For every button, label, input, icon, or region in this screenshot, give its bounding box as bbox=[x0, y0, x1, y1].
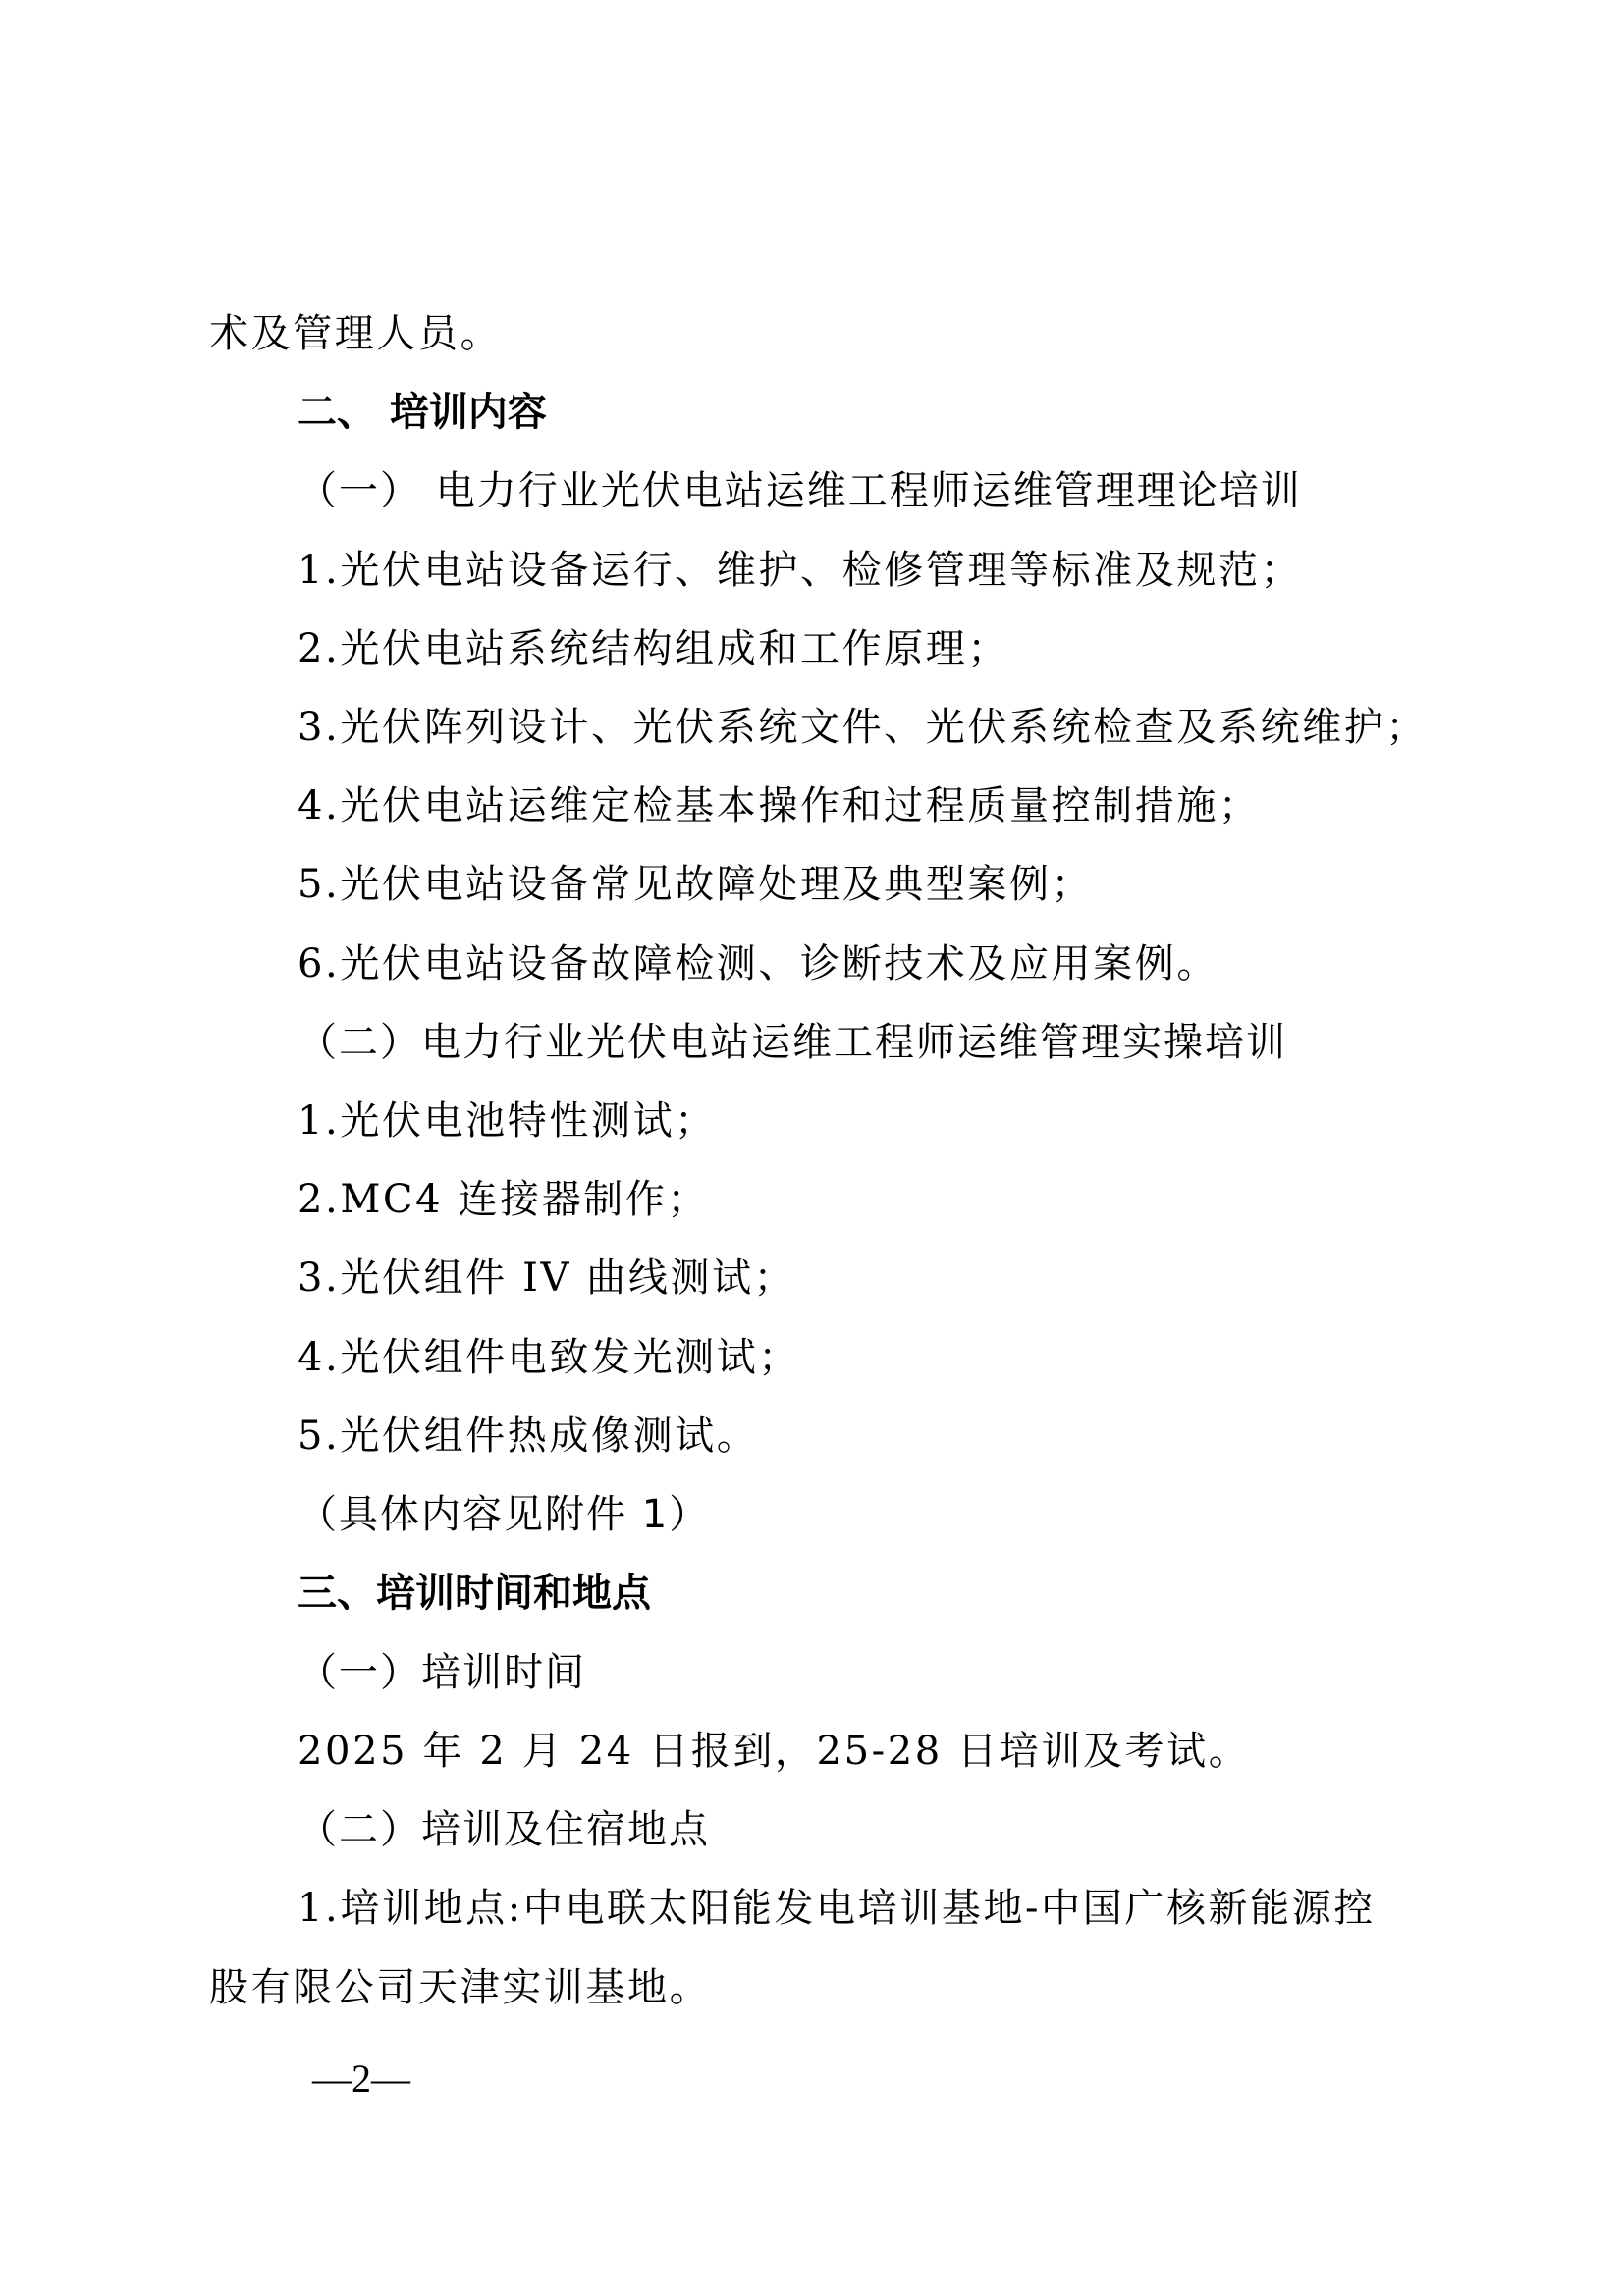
training-location-text: 1.培训地点:中电联太阳能发电培训基地-中国广核新能源控 bbox=[298, 1887, 1376, 1930]
section-heading-time-and-place: 三、培训时间和地点 bbox=[298, 1572, 651, 1615]
page-number: —2— bbox=[312, 2057, 410, 2101]
list-item: 2.光伏电站系统结构组成和工作原理； bbox=[298, 627, 1009, 670]
list-item: 4.光伏组件电致发光测试； bbox=[298, 1336, 800, 1379]
attachment-note: （具体内容见附件 1） bbox=[298, 1493, 710, 1536]
training-location-continuation: 股有限公司天津实训基地。 bbox=[209, 1966, 711, 2009]
list-item: 4.光伏电站运维定检基本操作和过程质量控制措施； bbox=[298, 784, 1261, 828]
section-heading-training-content: 二、 培训内容 bbox=[298, 391, 547, 434]
subsection-heading-practical-training: （二）电力行业光伏电站运维工程师运维管理实操培训 bbox=[298, 1021, 1287, 1064]
subsection-heading-theory-training: （一） 电力行业光伏电站运维工程师运维管理理论培训 bbox=[298, 469, 1302, 512]
document-page: 术及管理人员。 二、 培训内容 （一） 电力行业光伏电站运维工程师运维管理理论培… bbox=[0, 0, 1624, 2296]
list-item: 5.光伏电站设备常见故障处理及典型案例； bbox=[298, 863, 1093, 906]
continuation-text: 术及管理人员。 bbox=[209, 312, 502, 355]
list-item: 1.光伏电站设备运行、维护、检修管理等标准及规范； bbox=[298, 549, 1302, 592]
list-item: 3.光伏组件 IV 曲线测试； bbox=[298, 1256, 795, 1300]
list-item: 2.MC4 连接器制作； bbox=[298, 1178, 709, 1221]
subsection-heading-training-time: （一）培训时间 bbox=[298, 1651, 586, 1694]
list-item: 6.光伏电站设备故障检测、诊断技术及应用案例。 bbox=[298, 942, 1218, 986]
list-item: 5.光伏组件热成像测试。 bbox=[298, 1415, 758, 1458]
list-item: 3.光伏阵列设计、光伏系统文件、光伏系统检查及系统维护； bbox=[298, 706, 1428, 749]
list-item: 1.光伏电池特性测试； bbox=[298, 1099, 717, 1143]
subsection-heading-training-location: （二）培训及住宿地点 bbox=[298, 1808, 710, 1851]
training-schedule-text: 2025 年 2 月 24 日报到，25-28 日培训及考试。 bbox=[298, 1730, 1250, 1773]
